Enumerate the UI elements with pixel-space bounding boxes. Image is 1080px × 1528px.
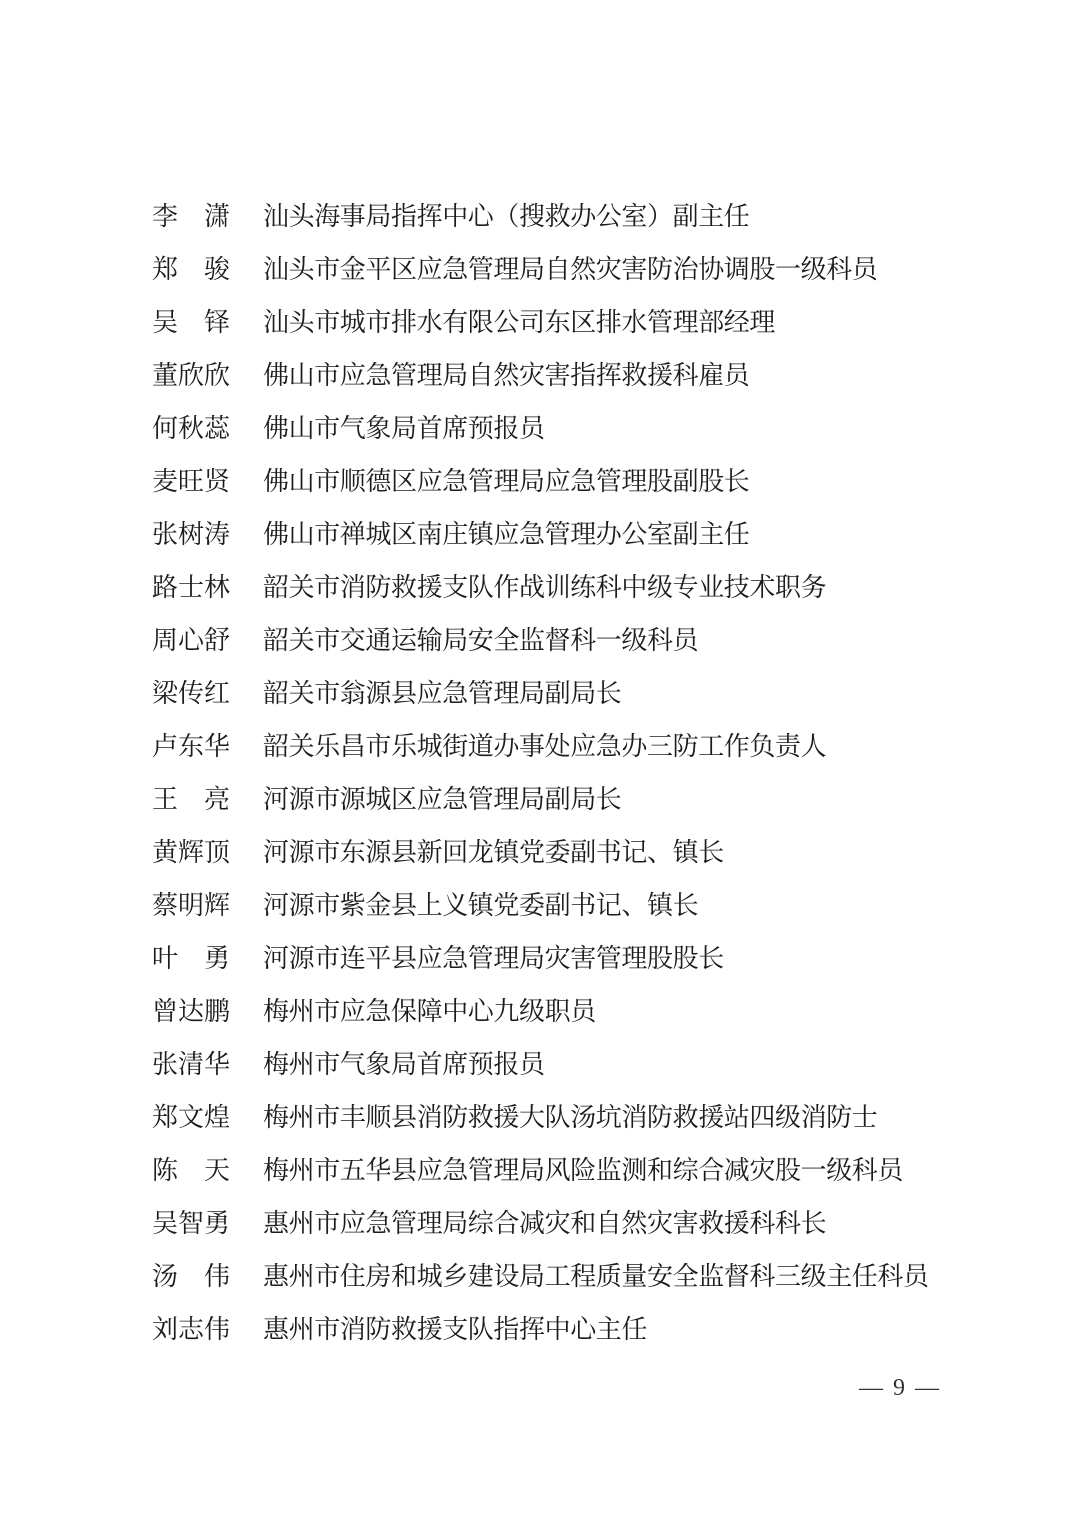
- list-item: 李 潇汕头海事局指挥中心（搜救办公室）副主任: [152, 204, 982, 230]
- person-position-title: 河源市连平县应急管理局灾害管理股股长: [263, 946, 724, 972]
- person-position-title: 梅州市丰顺县消防救援大队汤坑消防救援站四级消防士: [263, 1105, 877, 1131]
- list-item: 刘志伟惠州市消防救援支队指挥中心主任: [152, 1317, 982, 1343]
- person-position-title: 佛山市禅城区南庄镇应急管理办公室副主任: [263, 522, 749, 548]
- list-item: 路士林韶关市消防救援支队作战训练科中级专业技术职务: [152, 575, 982, 601]
- person-position-title: 韶关市消防救援支队作战训练科中级专业技术职务: [263, 575, 826, 601]
- person-position-title: 惠州市消防救援支队指挥中心主任: [263, 1317, 647, 1343]
- person-name: 陈 天: [152, 1158, 230, 1184]
- person-position-title: 梅州市气象局首席预报员: [263, 1052, 545, 1078]
- document-page: 李 潇汕头海事局指挥中心（搜救办公室）副主任郑 骏汕头市金平区应急管理局自然灾害…: [0, 0, 1080, 1528]
- person-name: 曾达鹏: [152, 999, 230, 1025]
- person-name: 吴智勇: [152, 1211, 230, 1237]
- person-position-title: 汕头市城市排水有限公司东区排水管理部经理: [263, 310, 775, 336]
- list-item: 梁传红韶关市翁源县应急管理局副局长: [152, 681, 982, 707]
- person-position-title: 韶关乐昌市乐城街道办事处应急办三防工作负责人: [263, 734, 826, 760]
- roster-list: 李 潇汕头海事局指挥中心（搜救办公室）副主任郑 骏汕头市金平区应急管理局自然灾害…: [152, 204, 982, 1370]
- person-name: 黄辉顶: [152, 840, 230, 866]
- person-name: 叶 勇: [152, 946, 230, 972]
- person-name: 麦旺贤: [152, 469, 230, 495]
- list-item: 王 亮河源市源城区应急管理局副局长: [152, 787, 982, 813]
- person-position-title: 韶关市交通运输局安全监督科一级科员: [263, 628, 698, 654]
- list-item: 郑 骏汕头市金平区应急管理局自然灾害防治协调股一级科员: [152, 257, 982, 283]
- list-item: 陈 天梅州市五华县应急管理局风险监测和综合减灾股一级科员: [152, 1158, 982, 1184]
- person-name: 路士林: [152, 575, 230, 601]
- person-position-title: 惠州市应急管理局综合减灾和自然灾害救援科科长: [263, 1211, 826, 1237]
- person-name: 刘志伟: [152, 1317, 230, 1343]
- person-name: 吴 铎: [152, 310, 230, 336]
- list-item: 卢东华韶关乐昌市乐城街道办事处应急办三防工作负责人: [152, 734, 982, 760]
- person-name: 张清华: [152, 1052, 230, 1078]
- person-name: 李 潇: [152, 204, 230, 230]
- person-position-title: 梅州市五华县应急管理局风险监测和综合减灾股一级科员: [263, 1158, 903, 1184]
- person-position-title: 佛山市应急管理局自然灾害指挥救援科雇员: [263, 363, 749, 389]
- person-name: 卢东华: [152, 734, 230, 760]
- person-position-title: 惠州市住房和城乡建设局工程质量安全监督科三级主任科员: [263, 1264, 929, 1290]
- list-item: 何秋蕊佛山市气象局首席预报员: [152, 416, 982, 442]
- list-item: 叶 勇河源市连平县应急管理局灾害管理股股长: [152, 946, 982, 972]
- person-name: 汤 伟: [152, 1264, 230, 1290]
- list-item: 吴 铎汕头市城市排水有限公司东区排水管理部经理: [152, 310, 982, 336]
- person-name: 周心舒: [152, 628, 230, 654]
- list-item: 曾达鹏梅州市应急保障中心九级职员: [152, 999, 982, 1025]
- person-position-title: 韶关市翁源县应急管理局副局长: [263, 681, 621, 707]
- person-name: 郑 骏: [152, 257, 230, 283]
- list-item: 张树涛佛山市禅城区南庄镇应急管理办公室副主任: [152, 522, 982, 548]
- person-position-title: 汕头海事局指挥中心（搜救办公室）副主任: [263, 204, 749, 230]
- person-position-title: 河源市源城区应急管理局副局长: [263, 787, 621, 813]
- person-position-title: 梅州市应急保障中心九级职员: [263, 999, 596, 1025]
- list-item: 周心舒韶关市交通运输局安全监督科一级科员: [152, 628, 982, 654]
- list-item: 吴智勇惠州市应急管理局综合减灾和自然灾害救援科科长: [152, 1211, 982, 1237]
- person-position-title: 佛山市顺德区应急管理局应急管理股副股长: [263, 469, 749, 495]
- person-name: 郑文煌: [152, 1105, 230, 1131]
- list-item: 张清华梅州市气象局首席预报员: [152, 1052, 982, 1078]
- list-item: 董欣欣佛山市应急管理局自然灾害指挥救援科雇员: [152, 363, 982, 389]
- person-name: 何秋蕊: [152, 416, 230, 442]
- person-position-title: 汕头市金平区应急管理局自然灾害防治协调股一级科员: [263, 257, 877, 283]
- person-name: 王 亮: [152, 787, 230, 813]
- person-name: 梁传红: [152, 681, 230, 707]
- list-item: 黄辉顶河源市东源县新回龙镇党委副书记、镇长: [152, 840, 982, 866]
- person-position-title: 佛山市气象局首席预报员: [263, 416, 545, 442]
- person-position-title: 河源市东源县新回龙镇党委副书记、镇长: [263, 840, 724, 866]
- person-name: 董欣欣: [152, 363, 230, 389]
- list-item: 麦旺贤佛山市顺德区应急管理局应急管理股副股长: [152, 469, 982, 495]
- list-item: 蔡明辉河源市紫金县上义镇党委副书记、镇长: [152, 893, 982, 919]
- list-item: 汤 伟惠州市住房和城乡建设局工程质量安全监督科三级主任科员: [152, 1264, 982, 1290]
- person-position-title: 河源市紫金县上义镇党委副书记、镇长: [263, 893, 698, 919]
- list-item: 郑文煌梅州市丰顺县消防救援大队汤坑消防救援站四级消防士: [152, 1105, 982, 1131]
- person-name: 蔡明辉: [152, 893, 230, 919]
- person-name: 张树涛: [152, 522, 230, 548]
- page-number: — 9 —: [0, 1374, 941, 1402]
